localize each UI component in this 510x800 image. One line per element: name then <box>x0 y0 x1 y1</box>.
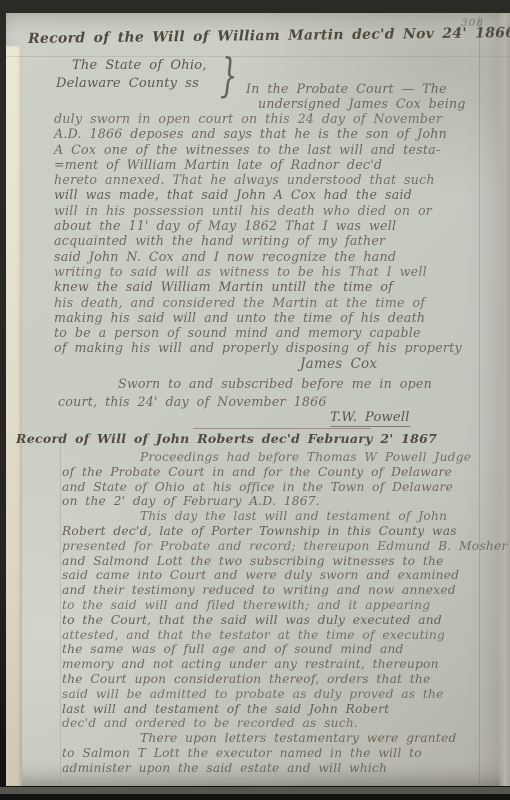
witness-signature: James Cox <box>300 356 377 372</box>
handwritten-line: about the 11' day of May 1862 That I was… <box>54 218 462 233</box>
judge-signature: T.W. Powell <box>330 410 410 427</box>
handwritten-line: presented for Probate and record; thereu… <box>62 539 508 554</box>
handwritten-line: and their testimony reduced to writing a… <box>62 583 508 598</box>
handwritten-line: of the Probate Court in and for the Coun… <box>62 465 508 480</box>
ledger-photo: 308 Record of the Will of William Martin… <box>0 0 510 800</box>
handwritten-line: administer upon the said estate and will… <box>62 761 508 776</box>
handwritten-line: last will and testament of the said John… <box>62 702 508 717</box>
handwritten-line: to the said will and filed therewith; an… <box>62 598 508 613</box>
record-roberts-body: Proceedings had before Thomas W Powell J… <box>62 450 508 776</box>
handwritten-line: of making his will and properly disposin… <box>54 340 462 355</box>
court-heading-line: undersigned James Cox being <box>258 96 466 111</box>
handwritten-line: A Cox one of the witnesses to the last w… <box>54 142 462 157</box>
handwritten-line: writing to said will as witness to be hi… <box>54 264 462 279</box>
handwritten-line: to the Court, that the said will was dul… <box>62 613 508 628</box>
handwritten-line: the same was of full age and of sound mi… <box>62 642 508 657</box>
handwritten-line: There upon letters testamentary were gra… <box>140 731 508 746</box>
book-bottom-edge <box>0 787 510 794</box>
record-martin-body: duly sworn in open court on this 24 day … <box>54 111 462 356</box>
jurat-line: court, this 24' day of November 1866 <box>58 394 327 409</box>
handwritten-line: to be a person of sound mind and memory … <box>54 325 462 340</box>
handwritten-line: This day the last will and testament of … <box>140 509 508 524</box>
handwritten-line: and Salmond Lott the two subscribing wit… <box>62 554 508 569</box>
handwritten-line: the Court upon consideration thereof, or… <box>62 672 508 687</box>
handwritten-line: his death, and considered the Martin at … <box>54 295 462 310</box>
handwritten-line: knew the said William Martin untill the … <box>54 279 462 294</box>
handwritten-line: making his said will and unto the time o… <box>54 310 462 325</box>
record-roberts-title: Record of Will of John Roberts dec'd Feb… <box>16 431 437 446</box>
handwritten-line: to Salmon T Lott the executor named in t… <box>62 746 508 761</box>
court-heading-line: In the Probate Court — The <box>246 81 447 96</box>
caption-county: Delaware County ss <box>56 76 199 91</box>
handwritten-line: memory and not acting under any restrain… <box>62 657 508 672</box>
handwritten-line: acquainted with the hand writing of my f… <box>54 233 462 248</box>
handwritten-line: A.D. 1866 deposes and says that he is th… <box>54 126 462 141</box>
handwritten-line: will was made, that said John A Cox had … <box>54 187 462 202</box>
handwritten-line: =ment of William Martin late of Radnor d… <box>54 157 462 172</box>
handwritten-line: on the 2' day of February A.D. 1867. <box>62 494 508 509</box>
handwritten-line: dec'd and ordered to be recorded as such… <box>62 716 508 731</box>
handwritten-line: said John N. Cox and I now recognize the… <box>54 249 462 264</box>
handwritten-line: said came into Court and were duly sworn… <box>62 568 508 583</box>
caption-brace: } <box>220 52 238 98</box>
jurat-line: Sworn to and subscribed before me in ope… <box>118 376 432 391</box>
handwritten-line: said will be admitted to probate as duly… <box>62 687 508 702</box>
handwritten-line: attested, and that the testator at the t… <box>62 628 508 643</box>
caption-state: The State of Ohio, <box>72 58 207 73</box>
handwritten-line: and State of Ohio at his office in the T… <box>62 480 508 495</box>
handwritten-line: Proceedings had before Thomas W Powell J… <box>140 450 508 465</box>
page-deckle-edge <box>6 46 22 786</box>
handwritten-line: duly sworn in open court on this 24 day … <box>54 111 462 126</box>
handwritten-line: Robert dec'd, late of Porter Township in… <box>62 524 508 539</box>
handwritten-line: hereto annexed. That he always understoo… <box>54 172 462 187</box>
handwritten-line: will in his possession until his death w… <box>54 203 462 218</box>
